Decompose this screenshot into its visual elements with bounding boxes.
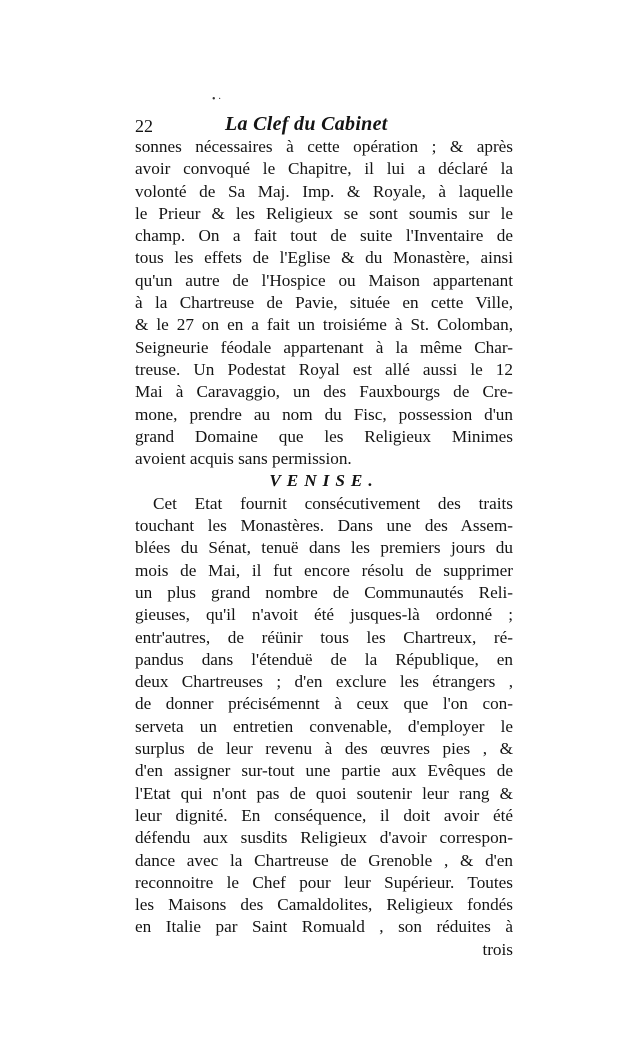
text-line: à la Chartreuse de Pavie, située en cett… <box>135 292 513 314</box>
book-page: 22 La Clef du Cabinet sonnes nécessaires… <box>135 112 513 961</box>
text-line: reconnoitre le Chef pour leur Supérieur.… <box>135 872 513 894</box>
text-line: surplus de leur revenu à des œuvres pies… <box>135 738 513 760</box>
text-line: défendu aux susdits Religieux d'avoir co… <box>135 827 513 849</box>
running-head: 22 La Clef du Cabinet <box>135 112 513 136</box>
text-line: en Italie par Saint Romuald , son réduit… <box>135 916 513 938</box>
text-line: Seigneurie féodale appartenant à la même… <box>135 337 513 359</box>
text-line: avoient acquis sans permission. <box>135 448 513 470</box>
section-heading: VENISE. <box>135 470 513 492</box>
printer-mark: • · <box>212 94 221 105</box>
text-line: le Prieur & les Religieux se sont soumis… <box>135 203 513 225</box>
text-line: & le 27 on en a fait un troisiéme à St. … <box>135 314 513 336</box>
text-line: champ. On a fait tout de suite l'Inventa… <box>135 225 513 247</box>
page-number: 22 <box>135 114 153 138</box>
text-line: Cet Etat fournit consécutivement des tra… <box>135 493 513 515</box>
text-line: blées du Sénat, tenuë dans les premiers … <box>135 537 513 559</box>
text-line: mois de Mai, il fut encore résolu de sup… <box>135 560 513 582</box>
running-title: La Clef du Cabinet <box>225 112 388 136</box>
text-line: gieuses, qu'il n'avoit été jusques-là or… <box>135 604 513 626</box>
text-line: leur dignité. En conséquence, il doit av… <box>135 805 513 827</box>
text-line: sonnes nécessaires à cette opération ; &… <box>135 136 513 158</box>
text-line: mone, prendre au nom du Fisc, possession… <box>135 404 513 426</box>
text-line: serveta un entretien convenable, d'emplo… <box>135 716 513 738</box>
paragraph-venise: Cet Etat fournit consécutivement des tra… <box>135 493 513 939</box>
text-line: les Maisons des Camaldolites, Religieux … <box>135 894 513 916</box>
text-line: deux Chartreuses ; d'en exclure les étra… <box>135 671 513 693</box>
paragraph-milan: sonnes nécessaires à cette opération ; &… <box>135 136 513 470</box>
catchword: trois <box>135 939 513 961</box>
text-line: dance avec la Chartreuse de Grenoble , &… <box>135 850 513 872</box>
text-line: Mai à Caravaggio, un des Fauxbourgs de C… <box>135 381 513 403</box>
text-line: un plus grand nombre de Communautés Reli… <box>135 582 513 604</box>
text-line: touchant les Monastères. Dans une des As… <box>135 515 513 537</box>
text-line: avoir convoqué le Chapitre, il lui a déc… <box>135 158 513 180</box>
text-line: entr'autres, de réünir tous les Chartreu… <box>135 627 513 649</box>
text-line: volonté de Sa Maj. Imp. & Royale, à laqu… <box>135 181 513 203</box>
text-line: treuse. Un Podestat Royal est allé aussi… <box>135 359 513 381</box>
text-line: tous les effets de l'Eglise & du Monastè… <box>135 247 513 269</box>
text-line: qu'un autre de l'Hospice ou Maison appar… <box>135 270 513 292</box>
text-line: d'en assigner sur-tout une partie aux Ev… <box>135 760 513 782</box>
text-line: l'Etat qui n'ont pas de quoi soutenir le… <box>135 783 513 805</box>
text-line: pandus dans l'étenduë de la République, … <box>135 649 513 671</box>
text-line: grand Domaine que les Religieux Minimes <box>135 426 513 448</box>
text-line: de donner précisémennt à ceux que l'on c… <box>135 693 513 715</box>
